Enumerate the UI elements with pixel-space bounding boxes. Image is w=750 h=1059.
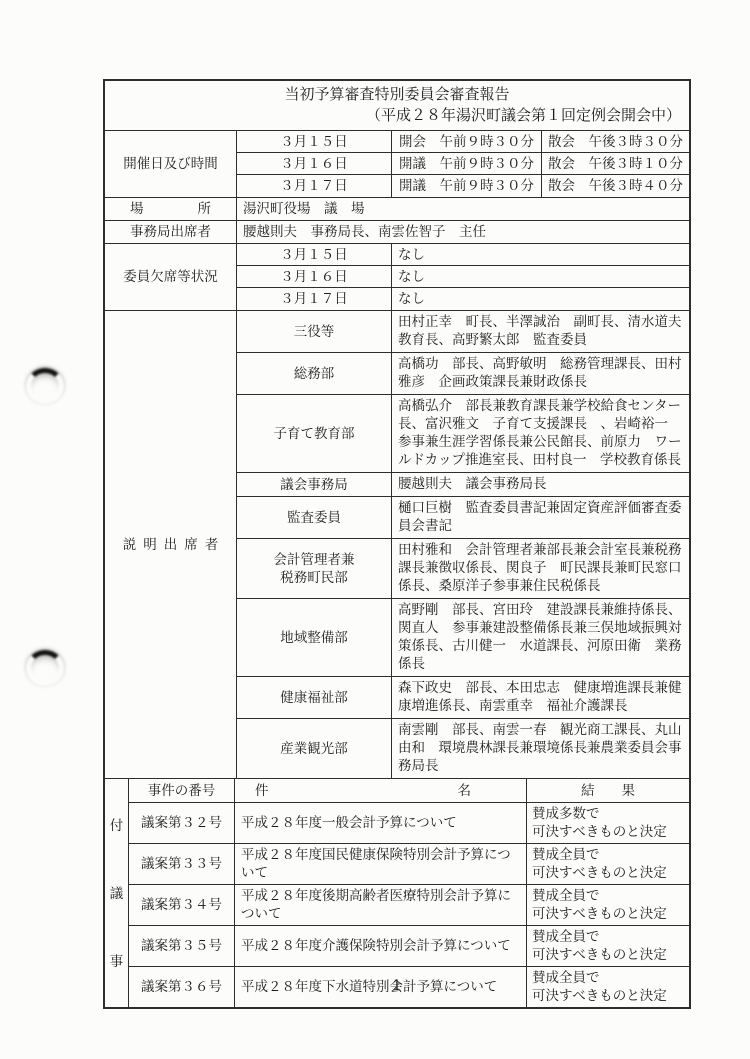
agenda-result-line: 可決すべきものと決定	[532, 905, 684, 923]
agenda-result: 賛成多数で 可決すべきものと決定	[527, 803, 689, 843]
absence-date: ３月１７日	[237, 288, 392, 310]
place-label: 場 所	[105, 198, 237, 220]
session-open-time: 開議 午前９時３０分	[392, 175, 542, 197]
agenda-case-name: 平成２８年度一般会計予算について	[235, 803, 527, 843]
agenda-case-name: 平成２８年度介護保険特別会計予算について	[235, 926, 527, 966]
punch-hole-bottom-icon	[26, 650, 64, 686]
agenda-side-char: 事	[110, 953, 124, 971]
secretariat-row: 事務局出席者 腰越則夫 事務局長、南雲佐智子 主任	[105, 221, 689, 244]
absence-row: ３月１７日 なし	[237, 288, 689, 310]
title-block: 当初予算審査特別委員会審査報告 （平成２８年湯沢町議会第１回定例会開会中）	[105, 81, 689, 131]
schedule-date: ３月１７日	[237, 175, 392, 197]
schedule-label: 開催日及び時間	[105, 131, 237, 197]
attendee-group-row: 産業観光部 南雲剛 部長、南雲一春 観光商工課長、丸山由和 環境農林課長兼環境係…	[237, 719, 689, 778]
agenda-case-name: 平成２８年度後期高齢者医療特別会計予算について	[235, 885, 527, 925]
agenda-header-name-right: 名	[458, 782, 472, 800]
agenda-side-char: 付	[110, 817, 124, 835]
agenda-result-line: 賛成全員で	[532, 887, 684, 905]
attendee-group-members: 南雲剛 部長、南雲一春 観光商工課長、丸山由和 環境農林課長兼環境係長兼農業委員…	[392, 719, 689, 778]
session-close-time: 散会 午後３時４０分	[542, 175, 689, 197]
attendee-group-members: 高橋功 部長、高野敏明 総務管理課長、田村雅彦 企画政策課長兼財政係長	[392, 353, 689, 394]
attendee-group-members: 高橋弘介 部長兼教育課長兼学校給食センター長、富沢雅文 子育て支援課長 、岩崎裕…	[392, 395, 689, 472]
agenda-result-line: 可決すべきものと決定	[532, 946, 684, 964]
agenda-result: 賛成全員で 可決すべきものと決定	[527, 926, 689, 966]
attendee-group-name: 議会事務局	[237, 473, 392, 496]
attendee-group-row: 総務部 高橋功 部長、高野敏明 総務管理課長、田村雅彦 企画政策課長兼財政係長	[237, 353, 689, 395]
attendee-group-row: 議会事務局 腰越則夫 議会事務局長	[237, 473, 689, 497]
agenda-header-number: 事件の番号	[129, 779, 235, 802]
attendee-group-members: 森下政史 部長、本田忠志 健康増進課長兼健康増進係長、南雲重幸 福祉介護課長	[392, 677, 689, 718]
session-close-time: 散会 午後３時１０分	[542, 153, 689, 175]
agenda-row: 議案第３２号 平成２８年度一般会計予算について 賛成多数で 可決すべきものと決定	[129, 803, 689, 844]
absence-date: ３月１５日	[237, 244, 392, 266]
agenda-row: 議案第３４号 平成２８年度後期高齢者医療特別会計予算について 賛成全員で 可決す…	[129, 885, 689, 926]
agenda-header-row: 事件の番号 件 名 結 果	[129, 779, 689, 803]
agenda-side-char: 議	[110, 885, 124, 903]
scanned-page: 当初予算審査特別委員会審査報告 （平成２８年湯沢町議会第１回定例会開会中） 開催…	[0, 0, 750, 1059]
attendee-group-name: 産業観光部	[237, 719, 392, 778]
agenda-case-number: 議案第３３号	[129, 844, 235, 884]
secretariat-label: 事務局出席者	[105, 221, 237, 243]
agenda-header-result: 結 果	[527, 779, 689, 802]
agenda-row: 議案第３５号 平成２８年度介護保険特別会計予算について 賛成全員で 可決すべきも…	[129, 926, 689, 967]
report-title: 当初予算審査特別委員会審査報告	[111, 84, 683, 105]
attendee-group-name: 監査委員	[237, 497, 392, 538]
absence-status: なし	[392, 266, 689, 288]
agenda-result-line: 賛成多数で	[532, 805, 684, 823]
place-value: 湯沢町役場 議 場	[237, 198, 689, 220]
absence-date: ３月１６日	[237, 266, 392, 288]
committee-report-table: 当初予算審査特別委員会審査報告 （平成２８年湯沢町議会第１回定例会開会中） 開催…	[103, 79, 691, 1009]
agenda-case-number: 議案第３２号	[129, 803, 235, 843]
attendee-group-name: 健康福祉部	[237, 677, 392, 718]
attendee-group-row: 健康福祉部 森下政史 部長、本田忠志 健康増進課長兼健康増進係長、南雲重幸 福祉…	[237, 677, 689, 719]
session-open-time: 開会 午前９時３０分	[392, 131, 542, 153]
absence-status: なし	[392, 244, 689, 266]
agenda-header-case-name: 件 名	[235, 779, 527, 802]
absence-status: なし	[392, 288, 689, 310]
attendees-label: 説明出席者	[105, 311, 237, 778]
attendee-group-row: 監査委員 樋口巨樹 監査委員書記兼固定資産評価審査委員会書記	[237, 497, 689, 539]
schedule-date: ３月１５日	[237, 131, 392, 153]
agenda-case-number: 議案第３４号	[129, 885, 235, 925]
attendee-group-row: 地域整備部 高野剛 部長、宮田玲 建設課長兼維持係長、関直人 参事兼建設整備係長…	[237, 599, 689, 677]
agenda-side-label: 付 議 事	[105, 779, 129, 1007]
attendee-group-name: 三役等	[237, 311, 392, 352]
schedule-date: ３月１６日	[237, 153, 392, 175]
absence-label: 委員欠席等状況	[105, 244, 237, 310]
attendee-group-members: 樋口巨樹 監査委員書記兼固定資産評価審査委員会書記	[392, 497, 689, 538]
agenda-case-name: 平成２８年度国民健康保険特別会計予算について	[235, 844, 527, 884]
agenda-result-line: 可決すべきものと決定	[532, 823, 684, 841]
page-number: 1	[103, 978, 691, 994]
agenda-section: 付 議 事 事件の番号 件 名 結 果 議案第３２号 平成２８年度一般会計予算に…	[105, 779, 689, 1007]
punch-hole-top-icon	[26, 368, 64, 404]
attendee-group-name: 会計管理者兼 税務町民部	[237, 539, 392, 598]
attendees-section: 説明出席者 三役等 田村正幸 町長、半澤誠治 副町長、清水道夫 教育長、高野繁太…	[105, 311, 689, 779]
absence-row: ３月１５日 なし	[237, 244, 689, 266]
attendee-group-row: 三役等 田村正幸 町長、半澤誠治 副町長、清水道夫 教育長、高野繁太郎 監査委員	[237, 311, 689, 353]
place-row: 場 所 湯沢町役場 議 場	[105, 198, 689, 221]
agenda-header-name-left: 件	[255, 782, 269, 800]
attendee-group-row: 子育て教育部 高橋弘介 部長兼教育課長兼学校給食センター長、富沢雅文 子育て支援…	[237, 395, 689, 473]
absence-section: 委員欠席等状況 ３月１５日 なし ３月１６日 なし ３月１７日 なし	[105, 244, 689, 311]
report-subtitle: （平成２８年湯沢町議会第１回定例会開会中）	[111, 105, 683, 126]
attendee-group-name: 子育て教育部	[237, 395, 392, 472]
secretariat-value: 腰越則夫 事務局長、南雲佐智子 主任	[237, 221, 689, 243]
schedule-section: 開催日及び時間 ３月１５日 開会 午前９時３０分 散会 午後３時３０分 ３月１６…	[105, 131, 689, 198]
agenda-result-line: 賛成全員で	[532, 846, 684, 864]
session-close-time: 散会 午後３時３０分	[542, 131, 689, 153]
attendee-group-members: 田村正幸 町長、半澤誠治 副町長、清水道夫 教育長、高野繁太郎 監査委員	[392, 311, 689, 352]
agenda-result-line: 賛成全員で	[532, 928, 684, 946]
attendee-group-members: 田村雅和 会計管理者兼部長兼会計室長兼税務課長兼徴収係長、関良子 町民課長兼町民…	[392, 539, 689, 598]
absence-row: ３月１６日 なし	[237, 266, 689, 288]
session-open-time: 開議 午前９時３０分	[392, 153, 542, 175]
schedule-row: ３月１６日 開議 午前９時３０分 散会 午後３時１０分	[237, 153, 689, 175]
attendee-group-name: 地域整備部	[237, 599, 392, 676]
schedule-row: ３月１５日 開会 午前９時３０分 散会 午後３時３０分	[237, 131, 689, 153]
agenda-result: 賛成全員で 可決すべきものと決定	[527, 885, 689, 925]
attendee-group-name: 総務部	[237, 353, 392, 394]
attendee-group-members: 高野剛 部長、宮田玲 建設課長兼維持係長、関直人 参事兼建設整備係長兼三俣地域振…	[392, 599, 689, 676]
attendee-group-row: 会計管理者兼 税務町民部 田村雅和 会計管理者兼部長兼会計室長兼税務課長兼徴収係…	[237, 539, 689, 599]
schedule-row: ３月１７日 開議 午前９時３０分 散会 午後３時４０分	[237, 175, 689, 197]
agenda-result-line: 可決すべきものと決定	[532, 864, 684, 882]
agenda-result: 賛成全員で 可決すべきものと決定	[527, 844, 689, 884]
agenda-case-number: 議案第３５号	[129, 926, 235, 966]
agenda-row: 議案第３３号 平成２８年度国民健康保険特別会計予算について 賛成全員で 可決すべ…	[129, 844, 689, 885]
attendee-group-members: 腰越則夫 議会事務局長	[392, 473, 689, 496]
